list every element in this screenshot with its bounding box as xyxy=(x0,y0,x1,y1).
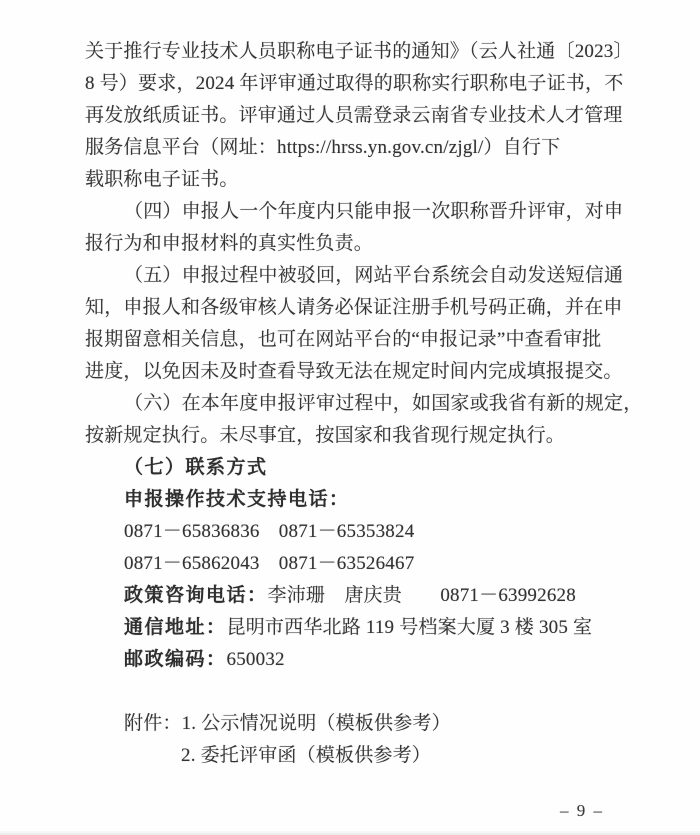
line-text: （四）申报人一个年度内只能申报一次职称晋升评审，对申 xyxy=(124,201,623,222)
text-line: 邮政编码：650032 xyxy=(85,644,625,676)
text-line: 报行为和申报材料的真实性负责。 xyxy=(85,228,625,260)
line-text: 知，申报人和各级审核人请务必保证注册手机号码正确，并在申 xyxy=(85,297,623,318)
line-text: 申报操作技术支持电话： xyxy=(124,489,350,510)
text-line: 8 号）要求，2024 年评审通过取得的职称实行职称电子证书，不 xyxy=(85,68,625,100)
text-line: 申报操作技术支持电话： xyxy=(85,484,625,516)
line-text: 报行为和申报材料的真实性负责。 xyxy=(85,233,373,254)
text-line: 0871－65836836 0871－65353824 xyxy=(85,516,625,548)
line-text: 附件：1. 公示情况说明（模板供参考） xyxy=(124,713,451,734)
line-text: 按新规定执行。未尽事宜，按国家和我省现行规定执行。 xyxy=(85,425,565,446)
text-line: 服务信息平台（网址：https://hrss.yn.gov.cn/zjgl/）自… xyxy=(85,132,625,164)
blank-line xyxy=(85,676,625,708)
text-line: 再发放纸质证书。评审通过人员需登录云南省专业技术人才管理 xyxy=(85,100,625,132)
line-text: 服务信息平台（网址：https://hrss.yn.gov.cn/zjgl/）自… xyxy=(85,137,560,158)
line-text: 2. 委托评审函（模板供参考） xyxy=(181,745,431,766)
page-number: – 9 – xyxy=(560,801,604,821)
line-text: 报期留意相关信息，也可在网站平台的“申报记录”中查看审批 xyxy=(85,329,601,350)
text-line: 关于推行专业技术人员职称电子证书的通知》（云人社通〔2023〕 xyxy=(85,36,625,68)
line-text: （六）在本年度申报评审过程中，如国家或我省有新的规定， xyxy=(124,393,642,414)
text-line: 附件：1. 公示情况说明（模板供参考） xyxy=(85,708,625,740)
line-text: 李沛珊 唐庆贵 0871－63992628 xyxy=(268,585,576,606)
text-line: 进度，以免因未及时查看导致无法在规定时间内完成填报提交。 xyxy=(85,356,625,388)
text-line: 按新规定执行。未尽事宜，按国家和我省现行规定执行。 xyxy=(85,420,625,452)
line-text: 关于推行专业技术人员职称电子证书的通知》（云人社通〔2023〕 xyxy=(85,41,633,62)
text-line: （五）申报过程中被驳回，网站平台系统会自动发送短信通 xyxy=(85,260,625,292)
line-text: 进度，以免因未及时查看导致无法在规定时间内完成填报提交。 xyxy=(85,361,623,382)
line-text: 650032 xyxy=(227,649,285,670)
line-text: 再发放纸质证书。评审通过人员需登录云南省专业技术人才管理 xyxy=(85,105,623,126)
line-label: 政策咨询电话： xyxy=(124,585,268,606)
text-line: （四）申报人一个年度内只能申报一次职称晋升评审，对申 xyxy=(85,196,625,228)
text-line: 政策咨询电话：李沛珊 唐庆贵 0871－63992628 xyxy=(85,580,625,612)
document-page: 关于推行专业技术人员职称电子证书的通知》（云人社通〔2023〕8 号）要求，20… xyxy=(0,0,700,835)
line-text: 0871－65836836 0871－65353824 xyxy=(124,521,414,542)
line-label: 通信地址： xyxy=(124,617,227,638)
document-body: 关于推行专业技术人员职称电子证书的通知》（云人社通〔2023〕8 号）要求，20… xyxy=(85,36,625,772)
line-text: 8 号）要求，2024 年评审通过取得的职称实行职称电子证书，不 xyxy=(85,73,623,94)
line-text: 载职称电子证书。 xyxy=(85,169,239,190)
text-line: 2. 委托评审函（模板供参考） xyxy=(85,740,625,772)
text-line: 知，申报人和各级审核人请务必保证注册手机号码正确，并在申 xyxy=(85,292,625,324)
line-text: （五）申报过程中被驳回，网站平台系统会自动发送短信通 xyxy=(124,265,623,286)
line-text: 昆明市西华北路 119 号档案大厦 3 楼 305 室 xyxy=(227,617,593,638)
line-text: 0871－65862043 0871－63526467 xyxy=(124,553,414,574)
text-line: 报期留意相关信息，也可在网站平台的“申报记录”中查看审批 xyxy=(85,324,625,356)
text-line: 0871－65862043 0871－63526467 xyxy=(85,548,625,580)
text-line: 载职称电子证书。 xyxy=(85,164,625,196)
text-line: （七）联系方式 xyxy=(85,452,625,484)
text-line: （六）在本年度申报评审过程中，如国家或我省有新的规定， xyxy=(85,388,625,420)
scan-edge-shadow xyxy=(0,831,700,835)
text-line: 通信地址：昆明市西华北路 119 号档案大厦 3 楼 305 室 xyxy=(85,612,625,644)
line-text: （七）联系方式 xyxy=(124,457,268,478)
line-label: 邮政编码： xyxy=(124,649,227,670)
